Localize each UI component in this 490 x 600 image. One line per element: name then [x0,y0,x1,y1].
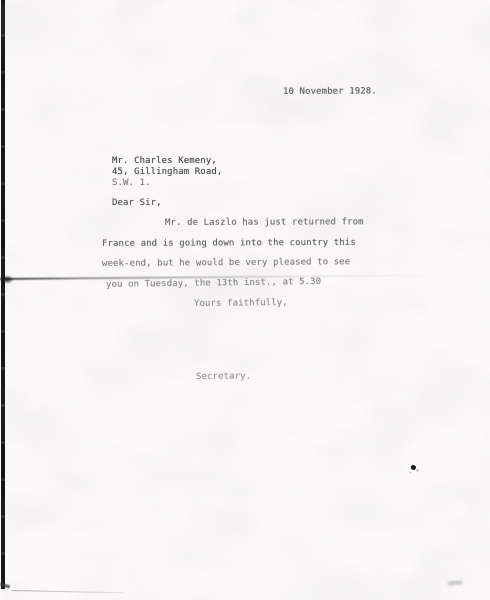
letter-date: 10 November 1928. [283,87,377,98]
bottom-crease-artifact [12,590,124,593]
signature-title: Secretary. [196,372,251,383]
body-line-1: Mr. de Laszlo has just returned from [165,217,364,229]
crease-edge-blob-artifact [0,275,14,284]
salutation: Dear Sir, [112,198,162,209]
body-line-3: week-end, but he would be very pleased t… [102,257,350,270]
recipient-name: Mr. Charles Kemeny, [112,156,217,167]
scanned-letter-page: 10 November 1928. Mr. Charles Kemeny, 45… [0,0,490,600]
body-line-2: France and is going down into the countr… [102,238,356,250]
corner-smudge-artifact [448,580,462,585]
closing-line: Yours faithfully, [194,298,288,310]
scan-left-edge-artifact [1,0,5,589]
body-line-4: you on Tuesday, the 13th inst., at 5.30 [106,277,321,291]
ink-speck-artifact [411,465,416,470]
recipient-street: 45, Gillingham Road, [112,167,222,178]
recipient-district: S.W. 1. [112,178,151,189]
